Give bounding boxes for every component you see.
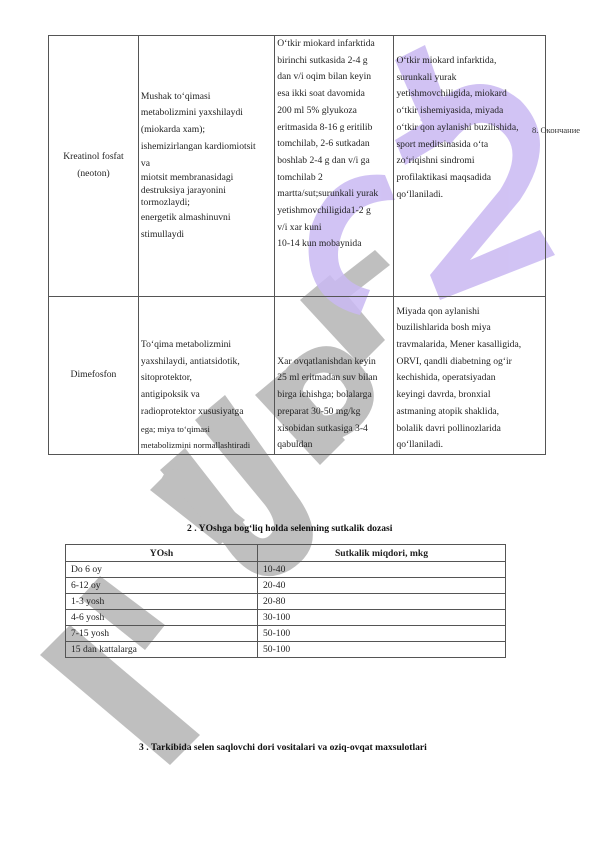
- text-line: 25 ml eritmadan suv bilan: [277, 370, 391, 387]
- column-header-age: YOsh: [66, 545, 258, 562]
- text-line: sport meditsinasida o‘ta: [396, 137, 543, 154]
- table-row: 4-6 yosh 30-100: [66, 610, 506, 626]
- text-line: keyingi davrda, bronxial: [396, 387, 543, 404]
- drug-name: Dimefosfon: [51, 367, 136, 384]
- text-line: o‘tkir ishemiyasida, miyada: [396, 103, 543, 120]
- dose-cell: 20-80: [258, 594, 506, 610]
- text-line: Miyada qon aylanishi: [396, 304, 543, 321]
- text-line: ega; miya to‘qimasi: [141, 421, 272, 438]
- table-row: 1-3 yosh 20-80: [66, 594, 506, 610]
- table-row: 7-15 yosh 50-100: [66, 626, 506, 642]
- text-line: dan v/i oqim bilan keyin: [277, 69, 391, 86]
- dose-cell: 30-100: [258, 610, 506, 626]
- indications-cell: O‘tkir miokard infarktida, surunkali yur…: [394, 36, 546, 297]
- text-line: tomchilab 2: [277, 170, 391, 187]
- text-line: qabuldan: [277, 437, 391, 454]
- drug-name: Kreatinol fosfat: [51, 149, 136, 166]
- drug-name-cell: Kreatinol fosfat (neoton): [49, 36, 139, 297]
- age-cell: 7-15 yosh: [66, 626, 258, 642]
- text-line: ORVI, qandli diabetning og‘ir: [396, 354, 543, 371]
- text-line: buzilishlarida bosh miya: [396, 320, 543, 337]
- dosage-cell: Xar ovqatlanishdan keyin 25 ml eritmadan…: [275, 297, 394, 455]
- action-cell: Mushak to‘qimasi metabolizmini yaxshilay…: [138, 36, 274, 297]
- age-cell: 1-3 yosh: [66, 594, 258, 610]
- text-line: profilaktikasi maqsadida: [396, 170, 543, 187]
- drug-name-alt: (neoton): [51, 166, 136, 183]
- text-line: martta/sut;surunkali yurak: [277, 186, 391, 203]
- section-heading: 3 . Tarkibida selen saqlovchi dori vosit…: [139, 742, 427, 753]
- text-line: destruksiya jarayonini: [141, 185, 272, 198]
- text-line: yaxshilaydi, antiatsidotik,: [141, 354, 272, 371]
- text-line: (miokarda xam);: [141, 122, 272, 139]
- text-line: antigipoksik va: [141, 387, 272, 404]
- text-line: radioprotektor xususiyatga: [141, 404, 272, 421]
- drug-table: Kreatinol fosfat (neoton) Mushak to‘qima…: [48, 35, 546, 455]
- table-row: Do 6 oy 10-40: [66, 562, 506, 578]
- text-line: surunkali yurak: [396, 70, 543, 87]
- text-line: birga ichishga; bolalarga: [277, 387, 391, 404]
- text-line: O‘tkir miokard infarktida,: [396, 53, 543, 70]
- text-line: tomchilab, 2-6 sutkadan: [277, 136, 391, 153]
- table-row: Kreatinol fosfat (neoton) Mushak to‘qima…: [49, 36, 546, 297]
- age-cell: 15 dan kattalarga: [66, 642, 258, 658]
- text-line: metabolizmini normallashtiradi: [141, 437, 272, 454]
- text-line: travmalarida, Mener kasalligida,: [396, 337, 543, 354]
- text-line: v/i xar kuni: [277, 220, 391, 237]
- text-line: boshlab 2-4 g dan v/i ga: [277, 153, 391, 170]
- text-line: kechishida, operatsiyadan: [396, 370, 543, 387]
- text-line: bolalik davri pollinozlarida: [396, 421, 543, 438]
- text-line: 200 ml 5% glyukoza: [277, 103, 391, 120]
- dose-cell: 10-40: [258, 562, 506, 578]
- text-line: va: [141, 156, 272, 173]
- table-row: Dimefosfon To‘qima metabolizmini yaxshil…: [49, 297, 546, 455]
- text-line: yetishmovchiligida1-2 g: [277, 203, 391, 220]
- text-line: Mushak to‘qimasi: [141, 89, 272, 106]
- dose-cell: 20-40: [258, 578, 506, 594]
- table-row: 15 dan kattalarga 50-100: [66, 642, 506, 658]
- age-cell: Do 6 oy: [66, 562, 258, 578]
- text-line: astmaning atopik shaklida,: [396, 404, 543, 421]
- action-cell: To‘qima metabolizmini yaxshilaydi, antia…: [138, 297, 274, 455]
- age-cell: 6-12 oy: [66, 578, 258, 594]
- text-line: tormozlaydi;: [141, 197, 272, 210]
- text-line: birinchi sutkasida 2-4 g: [277, 53, 391, 70]
- text-line: yetishmovchiligida, miokard: [396, 86, 543, 103]
- text-line: stimullaydi: [141, 227, 272, 244]
- text-line: eritmasida 8-16 g eritilib: [277, 120, 391, 137]
- document-page: Kreatinol fosfat (neoton) Mushak to‘qima…: [0, 0, 596, 842]
- text-line: 10-14 kun mobaynida: [277, 236, 391, 253]
- column-header-dose: Sutkalik miqdori, mkg: [258, 545, 506, 562]
- text-line: o‘tkir qon aylanishi buzilishida,: [396, 120, 543, 137]
- table-continuation-note: 8. Окончание: [532, 125, 580, 135]
- table-caption: 2 . YOshga bog‘liq holda selenning sutka…: [187, 523, 392, 534]
- text-line: Xar ovqatlanishdan keyin: [277, 354, 391, 371]
- text-line: ishemizirlangan kardiomiotsit: [141, 139, 272, 156]
- dosage-cell: O‘tkir miokard infarktida birinchi sutka…: [275, 36, 394, 297]
- text-line: miotsit membranasidagi: [141, 172, 272, 185]
- text-line: energetik almashinuvni: [141, 210, 272, 227]
- text-line: preparat 30-50 mg/kg: [277, 404, 391, 421]
- dose-cell: 50-100: [258, 626, 506, 642]
- dose-table: YOsh Sutkalik miqdori, mkg Do 6 oy 10-40…: [65, 544, 506, 658]
- dose-cell: 50-100: [258, 642, 506, 658]
- drug-name-cell: Dimefosfon: [49, 297, 139, 455]
- text-line: zo‘riqishni sindromi: [396, 153, 543, 170]
- text-line: qo‘llaniladi.: [396, 187, 543, 204]
- indications-cell: Miyada qon aylanishi buzilishlarida bosh…: [394, 297, 546, 455]
- text-line: xisobidan sutkasiga 3-4: [277, 421, 391, 438]
- age-cell: 4-6 yosh: [66, 610, 258, 626]
- text-line: O‘tkir miokard infarktida: [277, 36, 391, 53]
- text-line: metabolizmini yaxshilaydi: [141, 105, 272, 122]
- table-header-row: YOsh Sutkalik miqdori, mkg: [66, 545, 506, 562]
- text-line: To‘qima metabolizmini: [141, 337, 272, 354]
- text-line: sitoprotektor,: [141, 370, 272, 387]
- text-line: qo‘llaniladi.: [396, 437, 543, 454]
- table-row: 6-12 oy 20-40: [66, 578, 506, 594]
- text-line: esa ikki soat davomida: [277, 86, 391, 103]
